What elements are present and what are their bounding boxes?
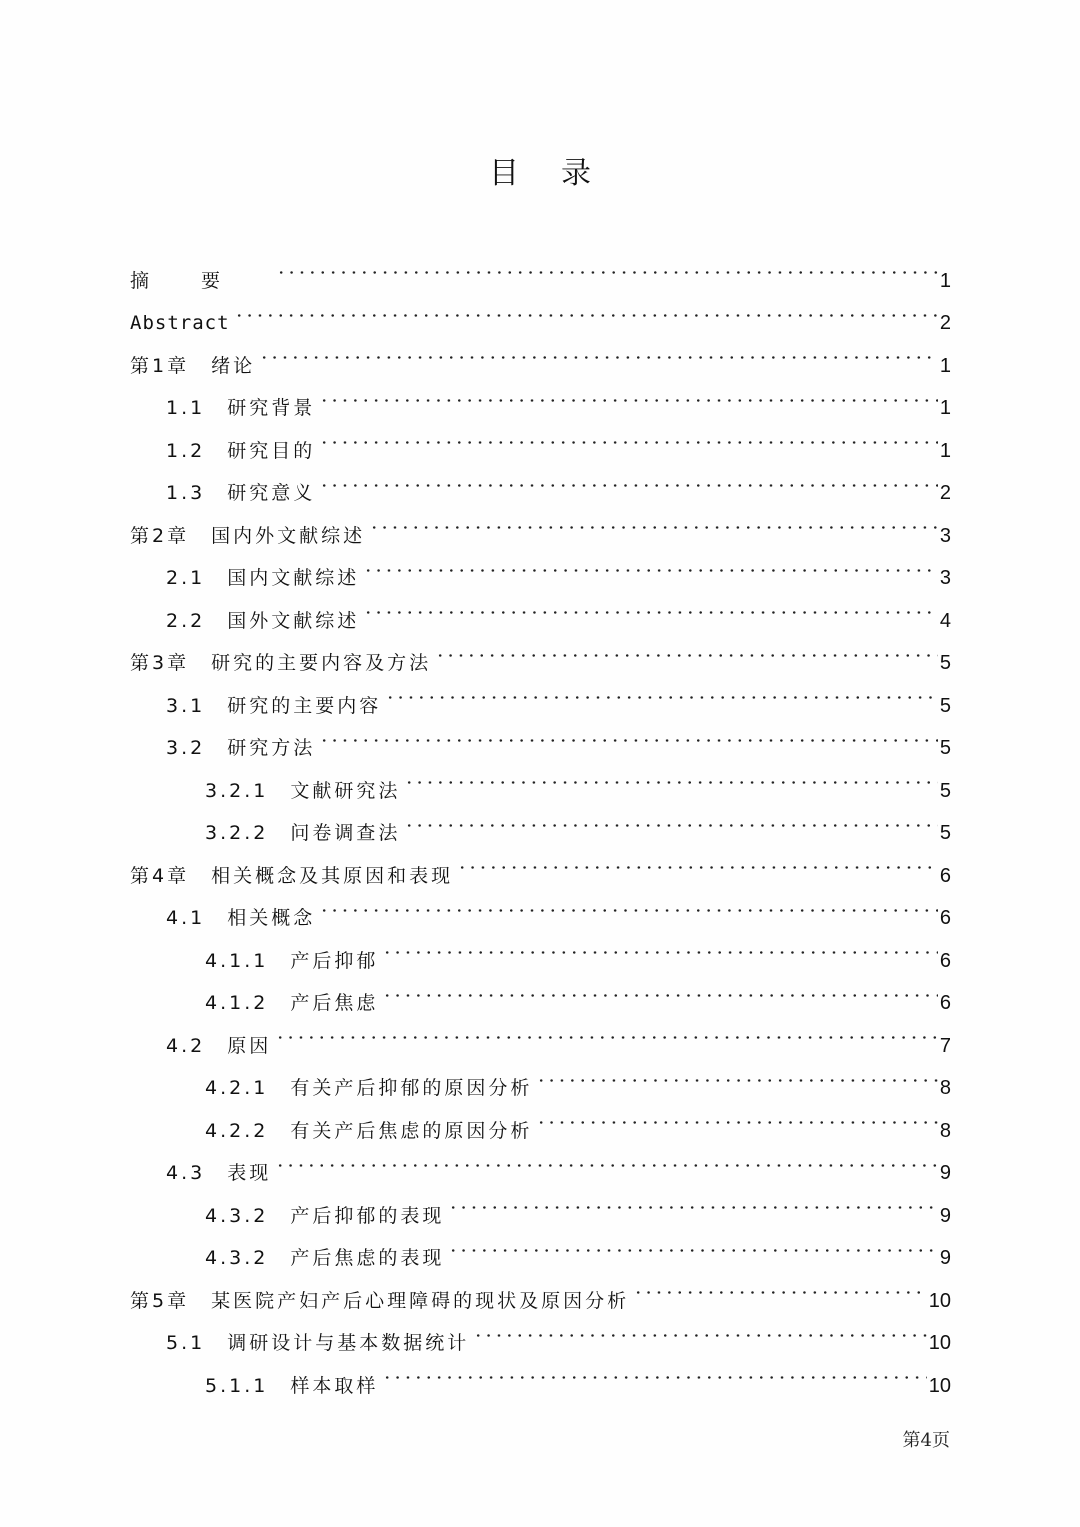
toc-entry-label: 绪论 (211, 345, 255, 388)
dot-leader (319, 712, 938, 755)
toc-entry-page: 5 (940, 685, 951, 728)
dot-leader (435, 627, 938, 670)
toc-entry-page: 1 (940, 430, 951, 473)
toc-entry-page: 5 (940, 727, 951, 770)
toc-entry-label: 产后抑郁的表现 (290, 1195, 444, 1238)
toc-entry-page: 3 (940, 515, 951, 558)
dot-leader (457, 839, 938, 882)
toc-entry-number: 3.1 (166, 685, 205, 728)
dot-leader (276, 244, 938, 287)
toc-entry-number: 2.2 (166, 600, 205, 643)
toc-entry-page: 7 (940, 1025, 951, 1068)
toc-entry-label: 样本取样 (290, 1365, 378, 1408)
dot-leader (275, 1009, 938, 1052)
toc-entry-number: 第2章 (130, 515, 189, 558)
dot-leader (382, 967, 938, 1010)
toc-entry-label: 问卷调查法 (290, 812, 400, 855)
toc-entry-page: 9 (940, 1152, 951, 1195)
toc-entry-label: 国内文献综述 (227, 557, 359, 600)
dot-leader (385, 669, 938, 712)
toc-entry-number: 3.2.1 (205, 770, 268, 813)
toc-entry-page: 9 (940, 1237, 951, 1280)
toc-entry-label: 研究方法 (227, 727, 315, 770)
toc-entry-number: 4.3.2 (205, 1195, 268, 1238)
document-page: 目录 摘要1 Abstract2 第1章绪论1 1.1研究背景1 1.2研究目的… (0, 0, 1080, 1527)
toc-entry-number: 3.2.2 (205, 812, 268, 855)
toc-entry-label: Abstract (130, 302, 230, 345)
toc-entry-number: 1.3 (166, 472, 205, 515)
dot-leader (363, 584, 938, 627)
toc-entry-label: 研究目的 (227, 430, 315, 473)
dot-leader (536, 1052, 938, 1095)
toc-entry-label: 文献研究法 (290, 770, 400, 813)
toc-entry-page: 1 (940, 387, 951, 430)
dot-leader (404, 754, 938, 797)
toc-entry-page: 6 (940, 897, 951, 940)
dot-leader (369, 499, 938, 542)
dot-leader (234, 287, 938, 330)
toc-entry-page: 10 (929, 1322, 951, 1365)
toc-entry-number: 4.2.1 (205, 1067, 268, 1110)
dot-leader (404, 797, 938, 840)
dot-leader (382, 924, 938, 967)
dot-leader (448, 1222, 938, 1265)
toc-entry-number: 第1章 (130, 345, 189, 388)
toc-entry-number: 4.3.2 (205, 1237, 268, 1280)
toc-entry-number: 第4章 (130, 855, 189, 898)
dot-leader (275, 1137, 938, 1180)
toc-entry-label: 研究背景 (227, 387, 315, 430)
toc-entry-number: 第3章 (130, 642, 189, 685)
toc-entry-number: 第5章 (130, 1280, 189, 1323)
dot-leader (319, 882, 938, 925)
dot-leader (382, 1349, 926, 1392)
toc-entry-number: 1.1 (166, 387, 205, 430)
toc-entry-label: 相关概念 (227, 897, 315, 940)
dot-leader (259, 329, 938, 372)
dot-leader (363, 542, 938, 585)
toc-entry-page: 5 (940, 642, 951, 685)
toc-entry-label: 表现 (227, 1152, 271, 1195)
toc-entry-page: 3 (940, 557, 951, 600)
toc-title: 目录 (0, 148, 1080, 192)
toc-entry-number: 1.2 (166, 430, 205, 473)
dot-leader (319, 457, 938, 500)
toc-entry-page: 9 (940, 1195, 951, 1238)
toc-entry-number: 2.1 (166, 557, 205, 600)
toc-entry-number: 3.2 (166, 727, 205, 770)
toc-entry-page: 10 (929, 1280, 951, 1323)
toc-entry-number: 4.2.2 (205, 1110, 268, 1153)
toc-entry-page: 5 (940, 812, 951, 855)
dot-leader (319, 372, 938, 415)
dot-leader (319, 414, 938, 457)
toc-entry-label: 国内外文献综述 (211, 515, 365, 558)
toc-entry-page: 8 (940, 1110, 951, 1153)
dot-leader (536, 1094, 938, 1137)
toc-entry-page: 4 (940, 600, 951, 643)
toc-entry-page: 6 (940, 982, 951, 1025)
toc-entry-label: 研究意义 (227, 472, 315, 515)
toc-entry-page: 10 (929, 1365, 951, 1408)
toc-entry-label: 产后抑郁 (290, 940, 378, 983)
toc-entry-label: 有关产后抑郁的原因分析 (290, 1067, 532, 1110)
toc-entry[interactable]: Abstract2 (130, 287, 951, 330)
toc-entry-page: 8 (940, 1067, 951, 1110)
dot-leader (633, 1264, 927, 1307)
dot-leader (448, 1179, 938, 1222)
toc-entry-page: 1 (940, 345, 951, 388)
table-of-contents: 摘要1 Abstract2 第1章绪论1 1.1研究背景1 1.2研究目的1 1… (130, 244, 951, 1392)
toc-entry-label: 原因 (227, 1025, 271, 1068)
toc-entry-number: 5.1 (166, 1322, 205, 1365)
dot-leader (473, 1307, 927, 1350)
toc-entry-number: 5.1.1 (205, 1365, 268, 1408)
toc-entry-page: 2 (940, 302, 951, 345)
toc-entry-label: 产后焦虑的表现 (290, 1237, 444, 1280)
toc-entry[interactable]: 第1章绪论1 (130, 329, 951, 372)
toc-entry-number: 4.1.2 (205, 982, 268, 1025)
toc-entry-number: 4.2 (166, 1025, 205, 1068)
toc-entry-page: 6 (940, 855, 951, 898)
toc-entry-number: 4.3 (166, 1152, 205, 1195)
toc-entry-label: 国外文献综述 (227, 600, 359, 643)
toc-entry-page: 6 (940, 940, 951, 983)
page-number-footer: 第4页 (903, 1426, 950, 1452)
toc-entry-number: 4.1.1 (205, 940, 268, 983)
toc-entry-page: 1 (940, 260, 951, 303)
toc-entry-page: 5 (940, 770, 951, 813)
toc-entry-number: 4.1 (166, 897, 205, 940)
toc-entry-page: 2 (940, 472, 951, 515)
toc-entry[interactable]: 摘要1 (130, 244, 951, 287)
